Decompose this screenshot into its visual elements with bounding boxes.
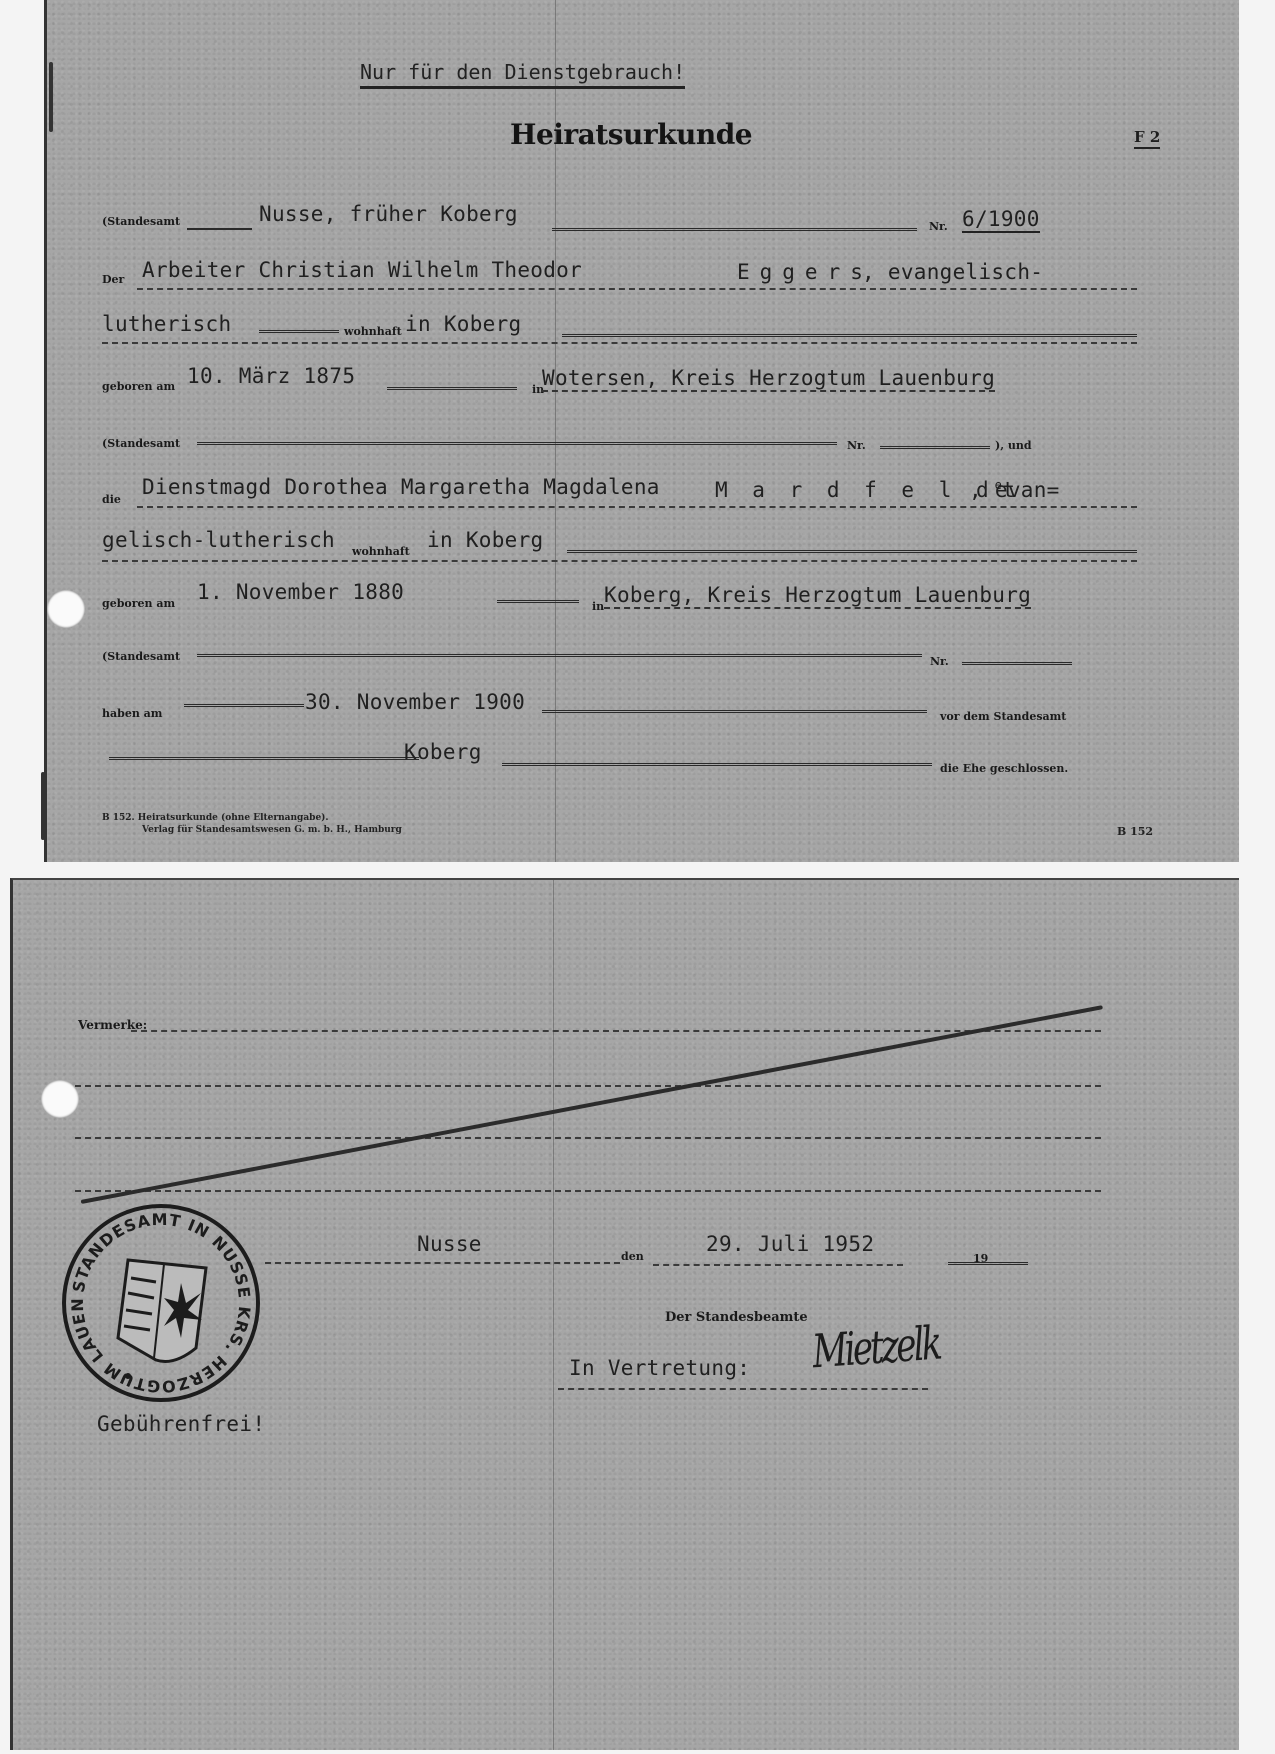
punch-hole <box>47 590 85 628</box>
punch-hole <box>41 1080 79 1118</box>
form-code: F 2 <box>1134 128 1160 149</box>
fee-note: Gebührenfrei! <box>97 1412 265 1436</box>
publisher-imprint: B 152. Heiratsurkunde (ohne Elternangabe… <box>102 812 402 836</box>
bride-registry-label: (Standesamt <box>102 650 180 663</box>
form-number: B 152 <box>1117 826 1153 838</box>
header-note: Nur für den Dienstgebrauch! <box>360 60 685 89</box>
official-label: Der Standesbeamte <box>665 1310 808 1325</box>
groom-religion-1: , evangelisch- <box>862 260 1043 284</box>
rule <box>137 288 1137 290</box>
groom-birth-place: Wotersen, Kreis Herzogtum Lauenburg <box>542 366 995 392</box>
groom-surname: Eggers <box>737 260 873 284</box>
bride-registry-nr-label: Nr. <box>930 655 949 668</box>
registry-nr-label: Nr. <box>929 220 948 233</box>
registry-nr-value: 6/1900 <box>962 207 1040 233</box>
fold-line <box>553 880 554 1750</box>
bride-residence-label: wohnhaft <box>352 545 410 558</box>
marriage-label-office: vor dem Standesamt <box>940 710 1066 723</box>
groom-birth-label: geboren am <box>102 380 175 393</box>
certificate-front-page: Nur für den Dienstgebrauch! Heiratsurkun… <box>44 0 1239 862</box>
year-suffix: 19 <box>973 1252 988 1265</box>
official-signature: Mietzelk <box>810 1316 941 1379</box>
cancel-strike-line <box>81 1005 1103 1204</box>
rule <box>102 342 1137 344</box>
bride-prefix: die <box>102 493 121 506</box>
rule <box>497 600 579 606</box>
remarks-line <box>131 1030 1101 1032</box>
groom-religion-2: lutherisch <box>102 312 231 336</box>
rule <box>265 1262 620 1264</box>
bride-religion-1: , evan= <box>969 478 1060 502</box>
bride-religion-2: gelisch-lutherisch <box>102 528 335 552</box>
rule <box>653 1264 903 1266</box>
rule <box>102 560 1137 562</box>
rule <box>197 654 922 660</box>
rule <box>542 710 927 716</box>
document-title: Heiratsurkunde <box>510 118 752 151</box>
remarks-line <box>75 1190 1101 1192</box>
groom-residence-label: wohnhaft <box>344 325 402 338</box>
bride-birth-label: geboren am <box>102 597 175 610</box>
seal-icon: STANDESAMT IN NUSSE KRS. HERZOGTUM LAUEN… <box>56 1198 266 1408</box>
issue-date: 29. Juli 1952 <box>706 1232 874 1256</box>
rule <box>562 334 1137 340</box>
rule <box>259 330 339 336</box>
groom-prefix: Der <box>102 273 124 286</box>
rule <box>552 228 917 234</box>
rule <box>502 763 932 769</box>
registry-value: Nusse, früher Koberg <box>259 202 518 226</box>
marriage-date: 30. November 1900 <box>305 690 525 714</box>
margin-mark <box>49 62 53 132</box>
registry-label: (Standesamt <box>102 215 180 228</box>
groom-registry-label: (Standesamt <box>102 437 180 450</box>
marriage-label-before: haben am <box>102 707 162 720</box>
marriage-office: Koberg <box>404 740 482 764</box>
rule <box>880 446 990 452</box>
remarks-line <box>75 1085 1101 1087</box>
groom-registry-suffix: ), und <box>995 439 1032 452</box>
remarks-line <box>75 1137 1101 1139</box>
signature-line <box>558 1388 928 1390</box>
rule <box>197 442 837 448</box>
issue-place: Nusse <box>417 1232 482 1256</box>
marriage-label-after: die Ehe geschlossen. <box>940 762 1068 775</box>
imprint-line-2: Verlag für Standesamtswesen G. m. b. H.,… <box>102 824 402 836</box>
rule <box>962 662 1072 668</box>
bride-birth-place-label: in <box>592 600 604 613</box>
groom-birth-date: 10. März 1875 <box>187 364 355 388</box>
official-seal: STANDESAMT IN NUSSE KRS. HERZOGTUM LAUEN… <box>56 1198 266 1408</box>
groom-residence: in Koberg <box>405 312 522 336</box>
rule <box>387 387 517 393</box>
issue-date-label: den <box>621 1250 644 1263</box>
rule <box>187 228 252 230</box>
rule <box>184 704 304 710</box>
bride-birth-place: Koberg, Kreis Herzogtum Lauenburg <box>604 583 1031 609</box>
bride-names: Dienstmagd Dorothea Margaretha Magdalena <box>142 475 660 499</box>
bride-birth-date: 1. November 1880 <box>197 580 404 604</box>
groom-names: Arbeiter Christian Wilhelm Theodor <box>142 258 582 282</box>
groom-registry-nr-label: Nr. <box>847 439 866 452</box>
bride-residence: in Koberg <box>427 528 544 552</box>
imprint-line-1: B 152. Heiratsurkunde (ohne Elternangabe… <box>102 812 402 824</box>
rule <box>109 757 419 763</box>
rule <box>137 506 1137 508</box>
margin-mark <box>41 772 45 840</box>
rule <box>567 550 1137 556</box>
deputy-label: In Vertretung: <box>569 1356 750 1380</box>
